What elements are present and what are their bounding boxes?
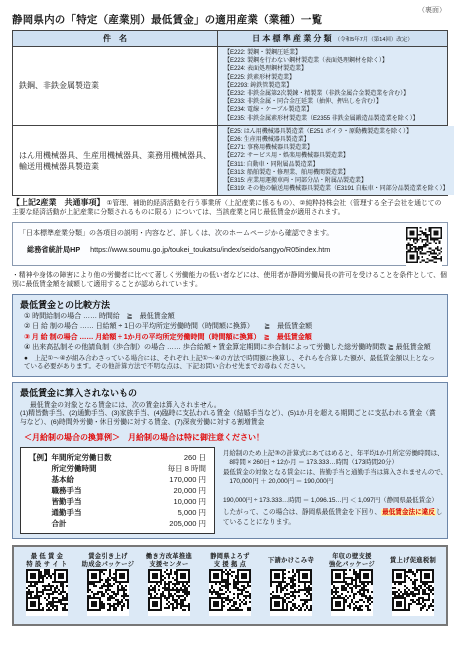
qr-link-label-line2: 支 援 拠 点 — [210, 561, 250, 569]
calculation-line — [223, 486, 447, 495]
qr-link-label-line1: 年収の壁支援 — [329, 553, 375, 561]
qr-link-item: 働き方改革推進 支援センター — [140, 553, 198, 616]
qr-link-label: 働き方改革推進 支援センター — [146, 553, 192, 569]
conclusion-line: したがって、この場合は、静岡県最低賃金を下回り、最低賃金法に違反していることにな… — [223, 508, 447, 527]
qr-links-row: 最 低 賃 金 特 設 サ イ ト 賃金引き上げ 助成金パッケージ 働き方改革推… — [18, 553, 442, 616]
classification-list: 【E25: はん用機械器具製造業（E251 ボイラ・原動機製造業を除く）】【E2… — [218, 126, 454, 196]
violation-highlight: 最低賃金法に違反 — [381, 509, 436, 516]
qr-link-label-line1: 最 低 賃 金 — [26, 553, 67, 561]
wage-item-value: 10,000 円 — [173, 496, 206, 507]
wage-item-value: 20,000 円 — [173, 485, 206, 496]
qr-link-item: 賃上げ促進税制 — [384, 553, 442, 616]
comparison-items: ① 時間給制の場合 …… 時間給 ≧ 最低賃金額② 日 給 制の場合 …… 日給… — [20, 311, 440, 353]
example-wage-row: 基本給 170,000 円 — [29, 474, 206, 485]
wage-item-value: 5,000 円 — [178, 507, 206, 518]
qr-code — [209, 569, 251, 616]
example-wage-table: 【例】年間所定労働日数 260 日 所定労働時間 毎日 8 時間 基本給 170… — [20, 447, 215, 534]
jsic-info-text: 「日本標準産業分類」の各項目の説明・内容など、詳しくは、次のホームページから確認… — [19, 228, 441, 238]
qr-link-label-line1: 働き方改革推進 — [146, 553, 192, 561]
example-wage-row: 皆勤手当 10,000 円 — [29, 496, 206, 507]
column-header-name: 件 名 — [13, 31, 218, 46]
qr-code — [87, 569, 129, 616]
calculation-line: 月給制のため上記③の計算式にあてはめると、年平均1か月所定労働時間は、 — [223, 449, 447, 458]
classification-line: 【E272: サービス用・娯楽用機械器具製造業】 — [224, 152, 448, 160]
comparison-note: ● 上記①～④が組み合わさっている場合には、それぞれ上記①～④の方法で時間額に換… — [20, 355, 440, 372]
calculation-line: 190,000円 ÷ 173.333…時間 ＝ 1,096.15…円 ＜ 1,0… — [223, 496, 447, 505]
wage-item-label: 合計 — [29, 518, 67, 529]
column-header-jsic: 日 本 標 準 産 業 分 類 （令和5年7月（第14回）改定） — [218, 31, 447, 46]
conversion-example: 【例】年間所定労働日数 260 日 所定労働時間 毎日 8 時間 基本給 170… — [20, 447, 440, 534]
example-wage-row: 【例】年間所定労働日数 260 日 — [29, 452, 206, 463]
classification-line: 【E224: 表面処理鋼材製造業】 — [224, 65, 441, 73]
exclusion-box: 最低賃金に算入されないもの 最低賃金の対象となる賃金には、次の賃金は算入されませ… — [12, 382, 448, 539]
wage-item-value: 205,000 円 — [169, 518, 206, 529]
industry-name: はん用機械器具、生産用機械器具、業務用機械器具、輸送用機械器具製造業 — [13, 126, 218, 196]
back-side-label: （裏面） — [418, 5, 446, 15]
classification-list: 【E222: 製鋼・製鋼圧延業】【E223: 製鋼を行わない鋼材製造業（表面処理… — [218, 47, 447, 125]
classification-line: 【E222: 製鋼・製鋼圧延業】 — [224, 49, 441, 57]
wage-item-label: 【例】年間所定労働日数 — [29, 452, 112, 463]
qr-link-label-line2: 強化パッケージ — [329, 561, 375, 569]
classification-line: 【E313: 船舶製造・修理業、舶用機関製造業】 — [224, 169, 448, 177]
classification-line: 【E25: はん用機械器具製造業（E251 ボイラ・原動機製造業を除く）】 — [224, 128, 448, 136]
qr-link-item: 下請かけこみ寺 — [262, 553, 320, 616]
calculation-line: 最低賃金の対象となる賃金には、皆勤手当と通勤手当は算入されませんので、 — [223, 468, 447, 477]
qr-link-label-line1: 賃上げ促進税制 — [390, 557, 436, 565]
wage-item-label: 通勤手当 — [29, 507, 82, 518]
calculation-lines: 月給制のため上記③の計算式にあてはめると、年平均1か月所定労働時間は、 8時間 … — [223, 449, 447, 505]
table-row-machinery: はん用機械器具、生産用機械器具、業務用機械器具、輸送用機械器具製造業 【E25:… — [13, 125, 447, 196]
qr-link-label-line2: 特 設 サ イ ト — [26, 561, 67, 569]
qr-code — [392, 569, 434, 616]
example-wage-row: 合計 205,000 円 — [29, 518, 206, 529]
example-wage-row: 通勤手当 5,000 円 — [29, 507, 206, 518]
jsic-header-label: 日 本 標 準 産 業 分 類 — [252, 33, 332, 44]
qr-code — [331, 569, 373, 616]
qr-link-label: 下請かけこみ寺 — [268, 553, 314, 569]
conclusion-pre: したがって、この場合は、静岡県最低賃金を下回り、 — [223, 509, 381, 516]
exclusion-heading: 最低賃金に算入されないもの — [20, 386, 440, 399]
table-row-steel: 鉄鋼、非鉄金属製造業 【E222: 製鋼・製鋼圧延業】【E223: 製鋼を行わな… — [13, 46, 447, 125]
classification-line: 【E2293: 鋳鉄管製造業】 — [224, 82, 441, 90]
comparison-item: ③ 月 給 制の場合 …… 月給額 ÷ 1か月の平均所定労働時間（時間額に換算）… — [20, 332, 440, 343]
stat-bureau-label: 総務省統計局HP — [27, 245, 80, 254]
wage-item-label: 所定労働時間 — [29, 463, 97, 474]
qr-code — [406, 227, 442, 268]
comparison-item: ② 日 給 制の場合 …… 日給額 ÷ 1日の平均所定労働時間（時間額に換算） … — [20, 321, 440, 332]
classification-line: 【E319: その他の輸送用機械器具製造業（E3191 自転車・同部分品製造業を… — [224, 185, 448, 193]
comparison-method-box: 最低賃金との比較方法 ① 時間給制の場合 …… 時間給 ≧ 最低賃金額② 日 給… — [12, 294, 448, 377]
table-header-row: 件 名 日 本 標 準 産 業 分 類 （令和5年7月（第14回）改定） — [13, 31, 447, 46]
qr-link-label: 静岡県よろず 支 援 拠 点 — [210, 553, 250, 569]
monthly-conversion-warning: ＜月給制の場合の換算例＞ 月給制の場合は特に御注意ください！ — [24, 432, 440, 443]
exclusion-intro: 最低賃金の対象となる賃金には、次の賃金は算入されません。 — [30, 399, 440, 409]
disability-reduction-note: ・精神や身体の障害により他の労働者に比べて著しく労働能力の低い者などには、使用者… — [12, 271, 448, 289]
qr-link-item: 静岡県よろず 支 援 拠 点 — [201, 553, 259, 616]
jsic-header-note: （令和5年7月（第14回）改定） — [335, 35, 413, 43]
classification-line: 【E26: 生産用機械器具製造業】 — [224, 136, 448, 144]
exclusion-items: (1)精皆勤手当、(2)通勤手当、(3)家族手当、(4)臨時に支払われる賃金（結… — [20, 409, 440, 427]
qr-link-label-line1: 賃金引き上げ — [82, 553, 135, 561]
comparison-item: ① 時間給制の場合 …… 時間給 ≧ 最低賃金額 — [20, 311, 440, 322]
wage-item-label: 基本給 — [29, 474, 74, 485]
wage-item-value: 260 日 — [184, 452, 206, 463]
qr-code — [270, 569, 312, 616]
qr-link-label: 賃金引き上げ 助成金パッケージ — [82, 553, 135, 569]
wage-item-value: 毎日 8 時間 — [168, 463, 206, 474]
qr-code — [148, 569, 190, 616]
qr-link-label: 最 低 賃 金 特 設 サ イ ト — [26, 553, 67, 569]
qr-links-box: 最 低 賃 金 特 設 サ イ ト 賃金引き上げ 助成金パッケージ 働き方改革推… — [12, 545, 448, 626]
qr-link-label: 年収の壁支援 強化パッケージ — [329, 553, 375, 569]
qr-link-label-line1: 下請かけこみ寺 — [268, 557, 314, 565]
qr-link-label-line2: 支援センター — [146, 561, 192, 569]
example-wage-row: 所定労働時間 毎日 8 時間 — [29, 463, 206, 474]
comparison-item: ④ 出来高払制その他請負制（歩合制）の場合 …… 歩合給額 ÷ 賃金算定期間に歩… — [20, 342, 440, 353]
qr-link-item: 賃金引き上げ 助成金パッケージ — [79, 553, 137, 616]
wage-item-value: 170,000 円 — [169, 474, 206, 485]
example-wage-row: 職務手当 20,000 円 — [29, 485, 206, 496]
qr-link-label-line2: 助成金パッケージ — [82, 561, 135, 569]
common-note: 【上記2産業 共通事項】 ①管理、補助的経済活動を行う事業所（上記産業に係るもの… — [12, 199, 448, 217]
classification-line: 【E235: 非鉄金属素形材製造業（E2355 非鉄金属鍛造品製造業を除く）】 — [224, 115, 441, 123]
qr-code — [26, 569, 68, 616]
calculation-line: 170,000円 ＋ 20,000円 ＝ 190,000円 — [223, 477, 447, 486]
common-note-heading: 【上記2産業 共通事項】 — [12, 198, 104, 207]
jsic-info-box: 「日本標準産業分類」の各項目の説明・内容など、詳しくは、次のホームページから確認… — [12, 222, 448, 266]
wage-item-label: 皆勤手当 — [29, 496, 82, 507]
classification-line: 【E225: 鉄素形材製造業】 — [224, 74, 441, 82]
industry-name: 鉄鋼、非鉄金属製造業 — [13, 47, 218, 125]
qr-link-label: 賃上げ促進税制 — [390, 553, 436, 569]
wage-item-label: 職務手当 — [29, 485, 82, 496]
classification-line: 【E311: 自動車・同附属品製造業】 — [224, 161, 448, 169]
qr-link-item: 最 低 賃 金 特 設 サ イ ト — [18, 553, 76, 616]
classification-line: 【E234: 電線・ケーブル製造業】 — [224, 106, 441, 114]
page-title: 静岡県内の「特定（産業別）最低賃金」の適用産業（業種）一覧 — [12, 12, 448, 27]
qr-link-label-line1: 静岡県よろず — [210, 553, 250, 561]
calculation-line: 8時間 × 260日 ÷ 12か月 ＝ 173.333…時間（173時間20分） — [223, 458, 447, 467]
comparison-heading: 最低賃金との比較方法 — [20, 298, 440, 311]
classification-line: 【E232: 非鉄金属第2次製錬・精製業（非鉄金属合金製造業を含む）】 — [224, 90, 441, 98]
calculation-block: 月給制のため上記③の計算式にあてはめると、年平均1か月所定労働時間は、 8時間 … — [223, 447, 447, 534]
industry-table: 件 名 日 本 標 準 産 業 分 類 （令和5年7月（第14回）改定） 鉄鋼、… — [12, 30, 448, 196]
stat-bureau-url[interactable]: https://www.soumu.go.jp/toukei_toukatsu/… — [90, 245, 330, 254]
qr-link-item: 年収の壁支援 強化パッケージ — [323, 553, 381, 616]
